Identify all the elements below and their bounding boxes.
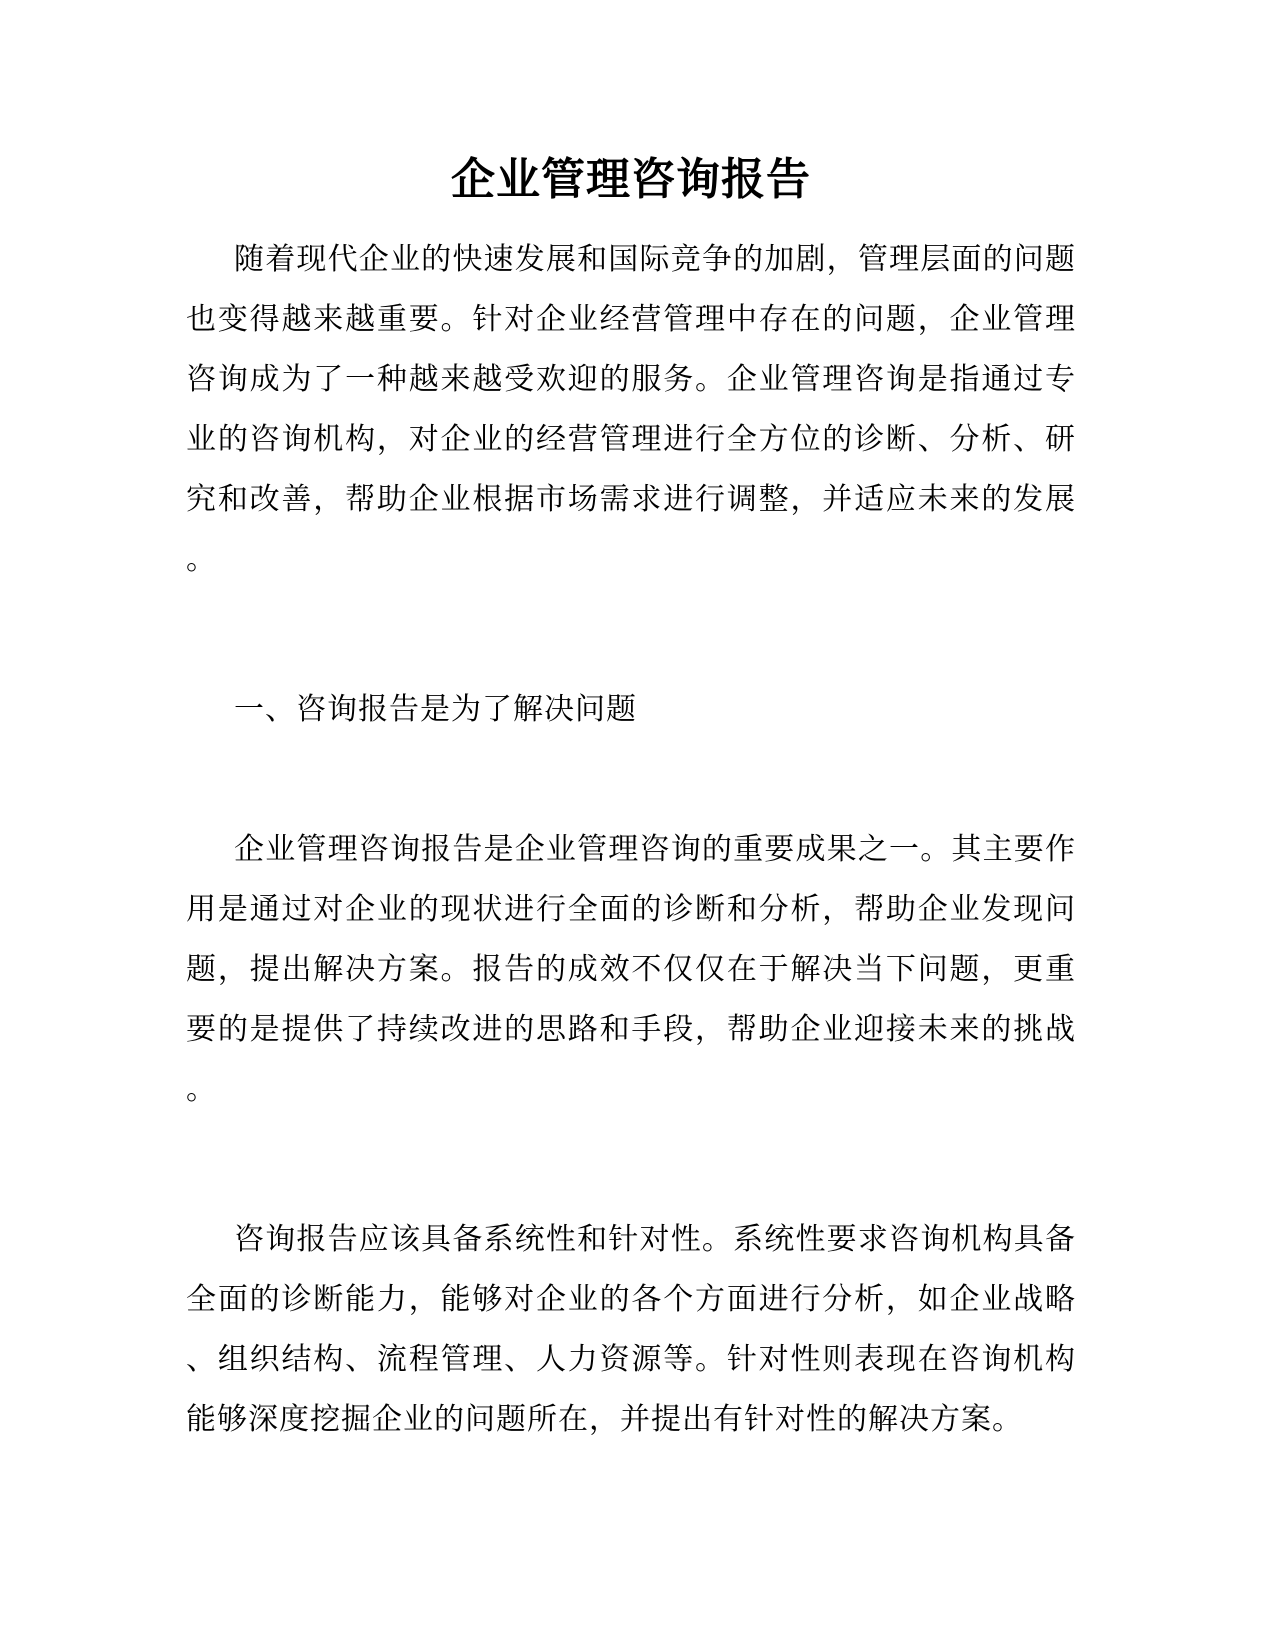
text-line: 咨询成为了一种越来越受欢迎的服务。企业管理咨询是指通过专 [186, 350, 1076, 410]
document-title: 企业管理咨询报告 [186, 150, 1076, 210]
text-line: 全面的诊断能力，能够对企业的各个方面进行分析，如企业战略 [186, 1270, 1076, 1330]
paragraph-spacer [186, 740, 1076, 820]
text-line: 题，提出解决方案。报告的成效不仅仅在于解决当下问题，更重 [186, 940, 1076, 1000]
paragraph-3: 咨询报告应该具备系统性和针对性。系统性要求咨询机构具备 全面的诊断能力，能够对企… [186, 1210, 1076, 1450]
text-line: 业的咨询机构，对企业的经营管理进行全方位的诊断、分析、研 [186, 410, 1076, 470]
document-content: 企业管理咨询报告 随着现代企业的快速发展和国际竞争的加剧，管理层面的问题 也变得… [186, 150, 1076, 1450]
document-page: 企业管理咨询报告 随着现代企业的快速发展和国际竞争的加剧，管理层面的问题 也变得… [0, 0, 1275, 1650]
text-line: 随着现代企业的快速发展和国际竞争的加剧，管理层面的问题 [186, 230, 1076, 290]
text-line: 、组织结构、流程管理、人力资源等。针对性则表现在咨询机构 [186, 1330, 1076, 1390]
paragraph-spacer [186, 590, 1076, 680]
paragraph-1: 随着现代企业的快速发展和国际竞争的加剧，管理层面的问题 也变得越来越重要。针对企… [186, 230, 1076, 590]
text-line: 究和改善，帮助企业根据市场需求进行调整，并适应未来的发展 [186, 470, 1076, 530]
text-line: 咨询报告应该具备系统性和针对性。系统性要求咨询机构具备 [186, 1210, 1076, 1270]
text-line: 企业管理咨询报告是企业管理咨询的重要成果之一。其主要作 [186, 820, 1076, 880]
text-line: 。 [186, 530, 1076, 590]
paragraph-spacer [186, 1120, 1076, 1210]
section-heading: 一、咨询报告是为了解决问题 [186, 680, 1076, 740]
text-line: 用是通过对企业的现状进行全面的诊断和分析，帮助企业发现问 [186, 880, 1076, 940]
text-line: 。 [186, 1060, 1076, 1120]
text-line: 也变得越来越重要。针对企业经营管理中存在的问题，企业管理 [186, 290, 1076, 350]
paragraph-2: 企业管理咨询报告是企业管理咨询的重要成果之一。其主要作 用是通过对企业的现状进行… [186, 820, 1076, 1120]
text-line: 能够深度挖掘企业的问题所在，并提出有针对性的解决方案。 [186, 1390, 1076, 1450]
text-line: 要的是提供了持续改进的思路和手段，帮助企业迎接未来的挑战 [186, 1000, 1076, 1060]
